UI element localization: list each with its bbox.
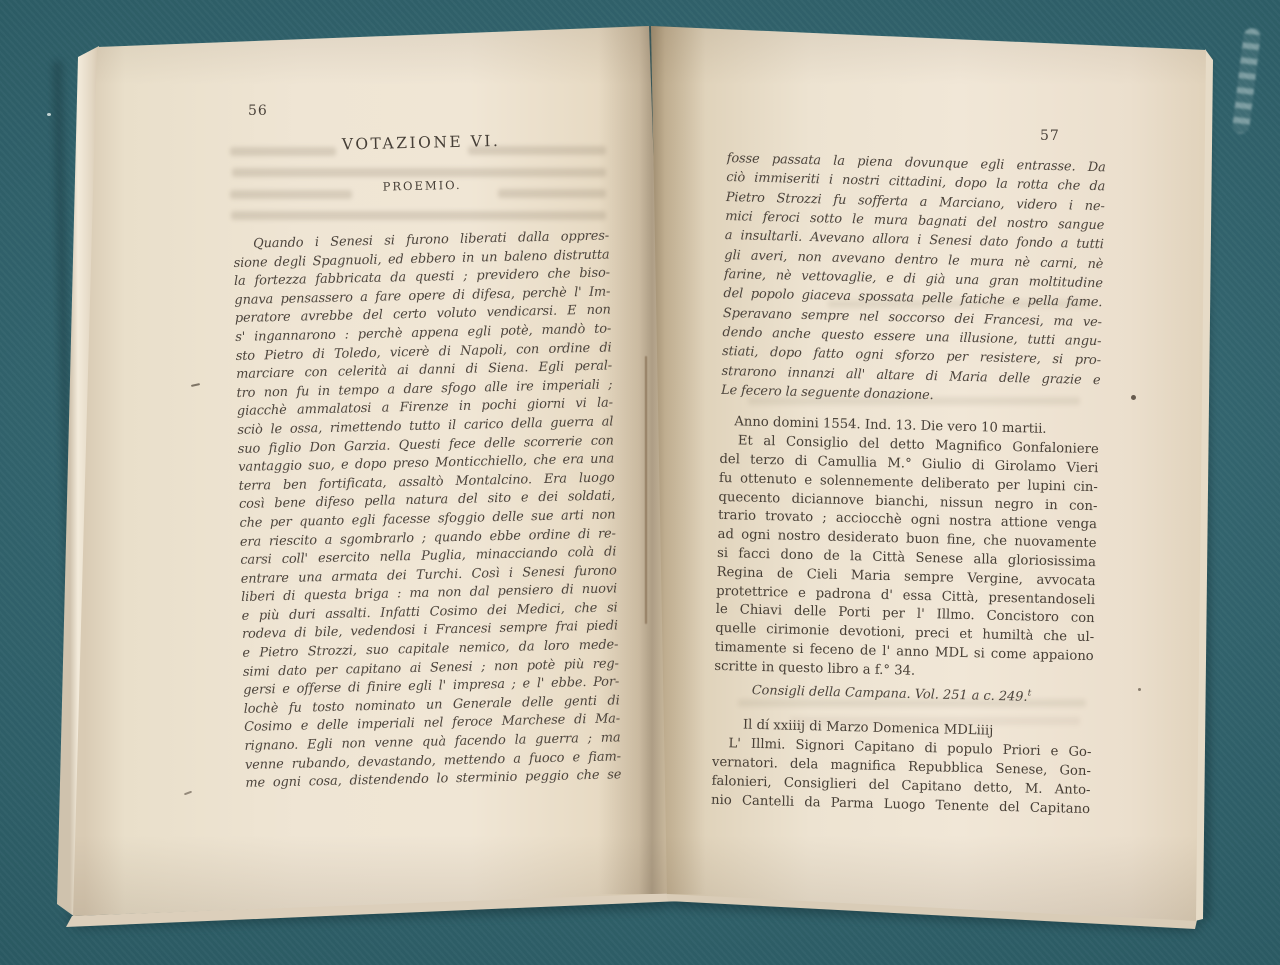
ink-speck <box>1138 688 1141 691</box>
body-text-right: fosse passata la piena dovunque egli ent… <box>711 149 1106 819</box>
bleedthrough-text <box>231 211 606 220</box>
narrative-paragraph: fosse passata la piena dovunque egli ent… <box>721 149 1106 410</box>
chapter-heading-block: VOTAZIONE VI. PROEMIO. <box>233 129 610 197</box>
document-paragraph: Et al Consiglio del detto Magnifico Gonf… <box>714 432 1099 686</box>
citation-text: Consigli della Campana. Vol. 251 a c. 24… <box>752 683 1028 705</box>
body-text-left: Quando i Senesi si furono liberati dalla… <box>233 227 622 793</box>
white-speck <box>47 113 51 116</box>
page-number: 57 <box>1040 128 1060 144</box>
binding-thread <box>645 356 647 624</box>
citation-superscript: t <box>1028 688 1032 698</box>
second-document-paragraph: Il dí xxiiij di Marzo Domenica MDLiiijL'… <box>711 715 1092 819</box>
ink-speck <box>1131 395 1136 400</box>
page-number: 56 <box>248 103 268 119</box>
gutter-shadow <box>598 26 706 894</box>
photo-background: 56 VOTAZIONE VI. PROEMIO. Quando i Senes… <box>0 0 1280 965</box>
